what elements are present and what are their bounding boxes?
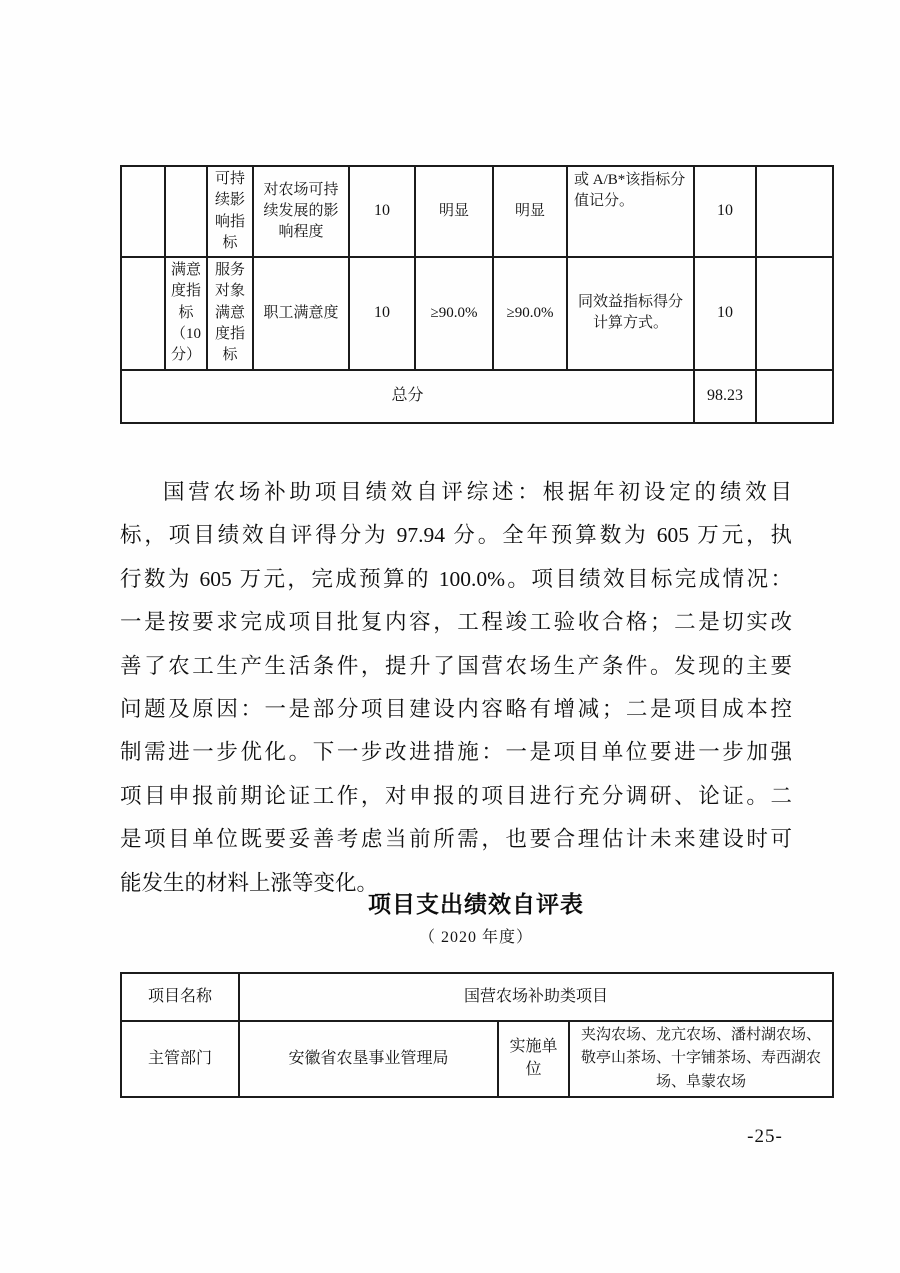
summary-line: 问题及原因：一是部分项目建设内容略有增减；二是项目成本控 <box>120 688 792 731</box>
cell-empty-subgroup <box>165 166 207 257</box>
cell-sustain-target: 明显 <box>415 166 493 257</box>
cell-satisfaction-score: 10 <box>694 257 756 369</box>
cell-satisfaction-subindicator: 服务对象满意度指标 <box>207 257 253 369</box>
summary-line: 行数为 605 万元，完成预算的 100.0%。项目绩效目标完成情况： <box>120 558 792 601</box>
impl-unit-label: 实施单位 <box>498 1021 569 1097</box>
form-title: 项目支出绩效自评表 <box>120 886 832 919</box>
cell-satisfaction-target: ≥90.0% <box>415 257 493 369</box>
summary-line: 国营农场补助项目绩效自评综述：根据年初设定的绩效目 <box>120 471 792 514</box>
cell-sustain-actual: 明显 <box>493 166 567 257</box>
cell-total-score: 98.23 <box>694 370 756 423</box>
cell-sustain-weight: 10 <box>349 166 415 257</box>
form-subtitle-year: （ 2020 年度） <box>120 924 832 947</box>
table-row-total: 总分 98.23 <box>121 370 833 423</box>
page-number: -25- <box>720 1126 810 1148</box>
summary-line: 善了农工生产生活条件，提升了国营农场生产条件。发现的主要 <box>120 645 792 688</box>
self-evaluation-summary: 国营农场补助项目绩效自评综述：根据年初设定的绩效目 标，项目绩效自评得分为 97… <box>120 471 792 905</box>
summary-line: 项目申报前期论证工作，对申报的项目进行充分调研、论证。二 <box>120 775 792 818</box>
dept-value: 安徽省农垦事业管理局 <box>239 1021 498 1097</box>
cell-sustain-indicator: 对农场可持续发展的影响程度 <box>253 166 349 257</box>
summary-line: 一是按要求完成项目批复内容，工程竣工验收合格；二是切实改 <box>120 601 792 644</box>
summary-line: 是项目单位既要妥善考虑当前所需，也要合理估计未来建设时可 <box>120 818 792 861</box>
summary-line: 制需进一步优化。下一步改进措施：一是项目单位要进一步加强 <box>120 731 792 774</box>
cell-sustain-note <box>756 166 833 257</box>
document-page: 可持续影响指标 对农场可持续发展的影响程度 10 明显 明显 或 A/B*该指标… <box>0 0 900 1273</box>
cell-satisfaction-weight: 10 <box>349 257 415 369</box>
cell-sustain-subindicator: 可持续影响指标 <box>207 166 253 257</box>
impl-unit-value: 夹沟农场、龙亢农场、潘村湖农场、敬亭山茶场、十字铺茶场、寿西湖农场、阜蒙农场 <box>569 1021 833 1097</box>
cell-total-label: 总分 <box>121 370 694 423</box>
summary-line: 标，项目绩效自评得分为 97.94 分。全年预算数为 605 万元，执 <box>120 514 792 557</box>
table-row-departments: 主管部门 安徽省农垦事业管理局 实施单位 夹沟农场、龙亢农场、潘村湖农场、敬亭山… <box>121 1021 833 1097</box>
performance-score-table: 可持续影响指标 对农场可持续发展的影响程度 10 明显 明显 或 A/B*该指标… <box>120 165 834 424</box>
table-row-project-name: 项目名称 国营农场补助类项目 <box>121 973 833 1021</box>
cell-empty-group <box>121 166 165 257</box>
table-row-satisfaction: 满意度指标（10分） 服务对象满意度指标 职工满意度 10 ≥90.0% ≥90… <box>121 257 833 369</box>
cell-satisfaction-scoring-rule: 同效益指标得分计算方式。 <box>567 257 694 369</box>
cell-satisfaction-group: 满意度指标（10分） <box>165 257 207 369</box>
cell-sustain-scoring-rule: 或 A/B*该指标分值记分。 <box>567 166 694 257</box>
project-name-label: 项目名称 <box>121 973 239 1021</box>
cell-satisfaction-note <box>756 257 833 369</box>
cell-satisfaction-actual: ≥90.0% <box>493 257 567 369</box>
dept-label: 主管部门 <box>121 1021 239 1097</box>
project-name-value: 国营农场补助类项目 <box>239 973 833 1021</box>
table-row-sustainability: 可持续影响指标 对农场可持续发展的影响程度 10 明显 明显 或 A/B*该指标… <box>121 166 833 257</box>
cell-total-note <box>756 370 833 423</box>
project-info-table: 项目名称 国营农场补助类项目 主管部门 安徽省农垦事业管理局 实施单位 夹沟农场… <box>120 972 834 1098</box>
cell-empty-group2 <box>121 257 165 369</box>
cell-sustain-score: 10 <box>694 166 756 257</box>
cell-satisfaction-indicator: 职工满意度 <box>253 257 349 369</box>
